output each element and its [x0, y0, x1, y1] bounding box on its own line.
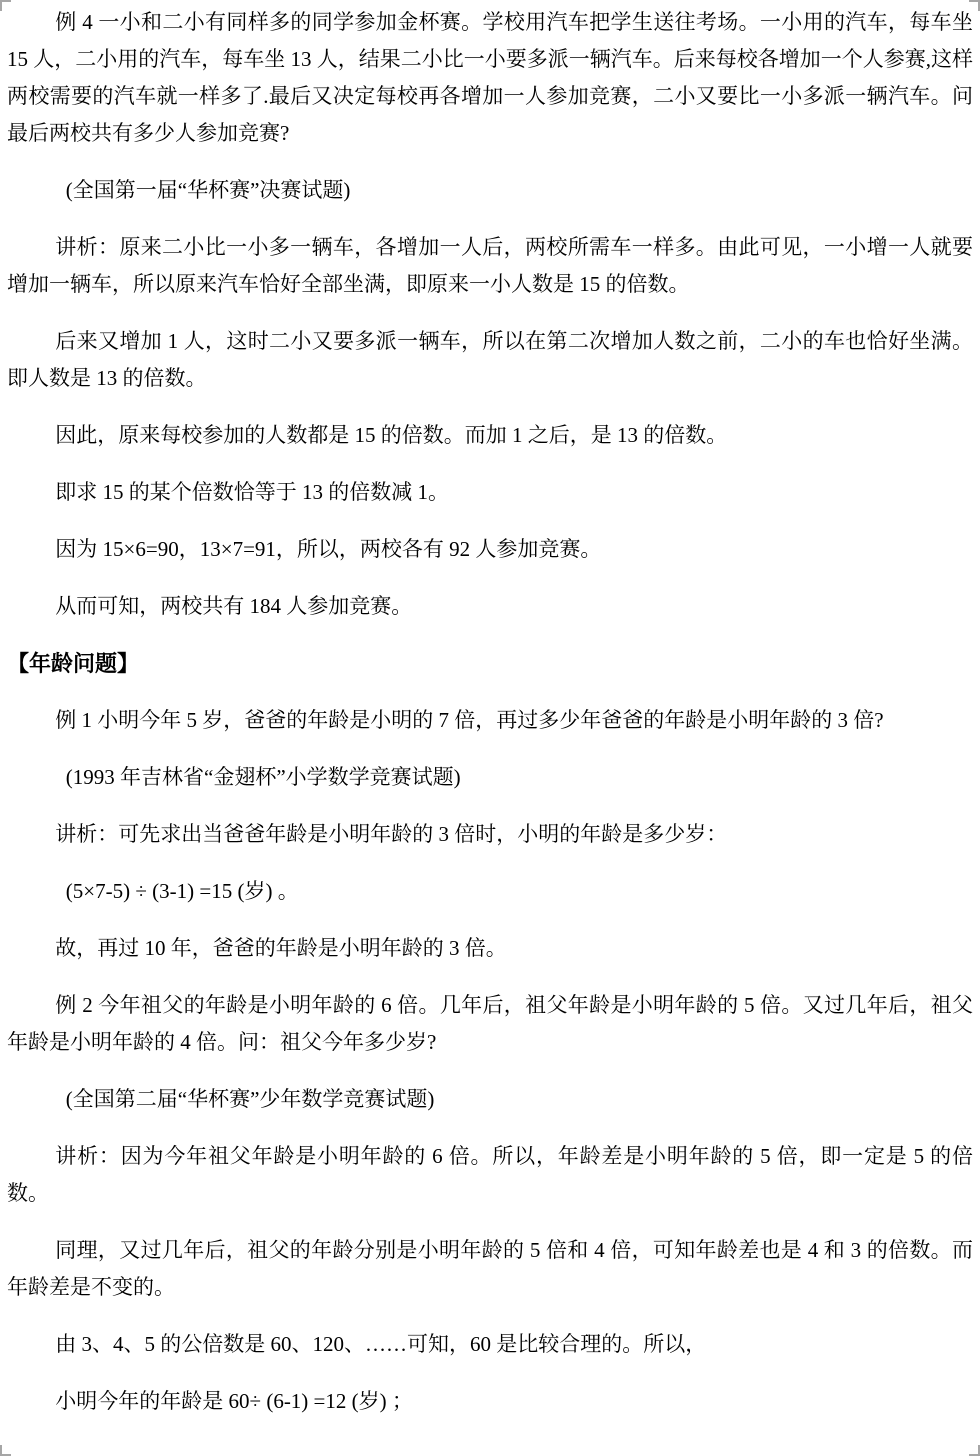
- paragraph-example1-problem: 例 1 小明今年 5 岁，爸爸的年龄是小明的 7 倍，再过多少年爸爸的年龄是小明…: [7, 702, 973, 739]
- paragraph-example2-analysis-1: 讲析：因为今年祖父年龄是小明年龄的 6 倍。所以，年龄差是小明年龄的 5 倍，即…: [7, 1138, 973, 1212]
- paragraph-example1-conclusion: 故，再过 10 年，爸爸的年龄是小明年龄的 3 倍。: [7, 930, 973, 967]
- paragraph-example2-analysis-3: 由 3、4、5 的公倍数是 60、120、……可知，60 是比较合理的。所以，: [7, 1326, 973, 1363]
- paragraph-example4-analysis-3: 因此，原来每校参加的人数都是 15 的倍数。而加 1 之后，是 13 的倍数。: [7, 417, 973, 454]
- paragraph-example4-analysis-2: 后来又增加 1 人，这时二小又要多派一辆车，所以在第二次增加人数之前，二小的车也…: [7, 323, 973, 397]
- text-boundary-corner-top-right: [969, 0, 980, 11]
- paragraph-example4-analysis-4: 即求 15 的某个倍数恰等于 13 的倍数减 1。: [7, 474, 973, 511]
- text-boundary-corner-top-left: [0, 0, 11, 11]
- formula-example1: (5×7-5) ÷ (3-1) =15 (岁) 。: [7, 873, 973, 910]
- source-note-example4: (全国第一届“华杯赛”决赛试题): [7, 172, 973, 209]
- paragraph-example2-calculation: 小明今年的年龄是 60÷ (6-1) =12 (岁) ；: [7, 1383, 973, 1420]
- paragraph-example1-analysis: 讲析：可先求出当爸爸年龄是小明年龄的 3 倍时，小明的年龄是多少岁：: [7, 816, 973, 853]
- document-page: 例 4 一小和二小有同样多的同学参加金杯赛。学校用汽车把学生送往考场。一小用的汽…: [0, 0, 980, 1456]
- source-note-example2: (全国第二届“华杯赛”少年数学竞赛试题): [7, 1081, 973, 1118]
- paragraph-example2-problem: 例 2 今年祖父的年龄是小明年龄的 6 倍。几年后，祖父年龄是小明年龄的 5 倍…: [7, 987, 973, 1061]
- text-boundary-corner-bottom-left: [0, 1445, 11, 1456]
- section-heading-age-problems: 【年龄问题】: [7, 645, 973, 682]
- paragraph-example4-calculation: 因为 15×6=90，13×7=91，所以，两校各有 92 人参加竞赛。: [7, 531, 973, 568]
- paragraph-example4-analysis-1: 讲析：原来二小比一小多一辆车，各增加一人后，两校所需车一样多。由此可见，一小增一…: [7, 229, 973, 303]
- paragraph-example2-analysis-2: 同理，又过几年后，祖父的年龄分别是小明年龄的 5 倍和 4 倍，可知年龄差也是 …: [7, 1232, 973, 1306]
- paragraph-example4-problem: 例 4 一小和二小有同样多的同学参加金杯赛。学校用汽车把学生送往考场。一小用的汽…: [7, 4, 973, 152]
- source-note-example1: (1993 年吉林省“金翅杯”小学数学竞赛试题): [7, 759, 973, 796]
- paragraph-example4-conclusion: 从而可知，两校共有 184 人参加竞赛。: [7, 588, 973, 625]
- text-boundary-corner-bottom-right: [969, 1445, 980, 1456]
